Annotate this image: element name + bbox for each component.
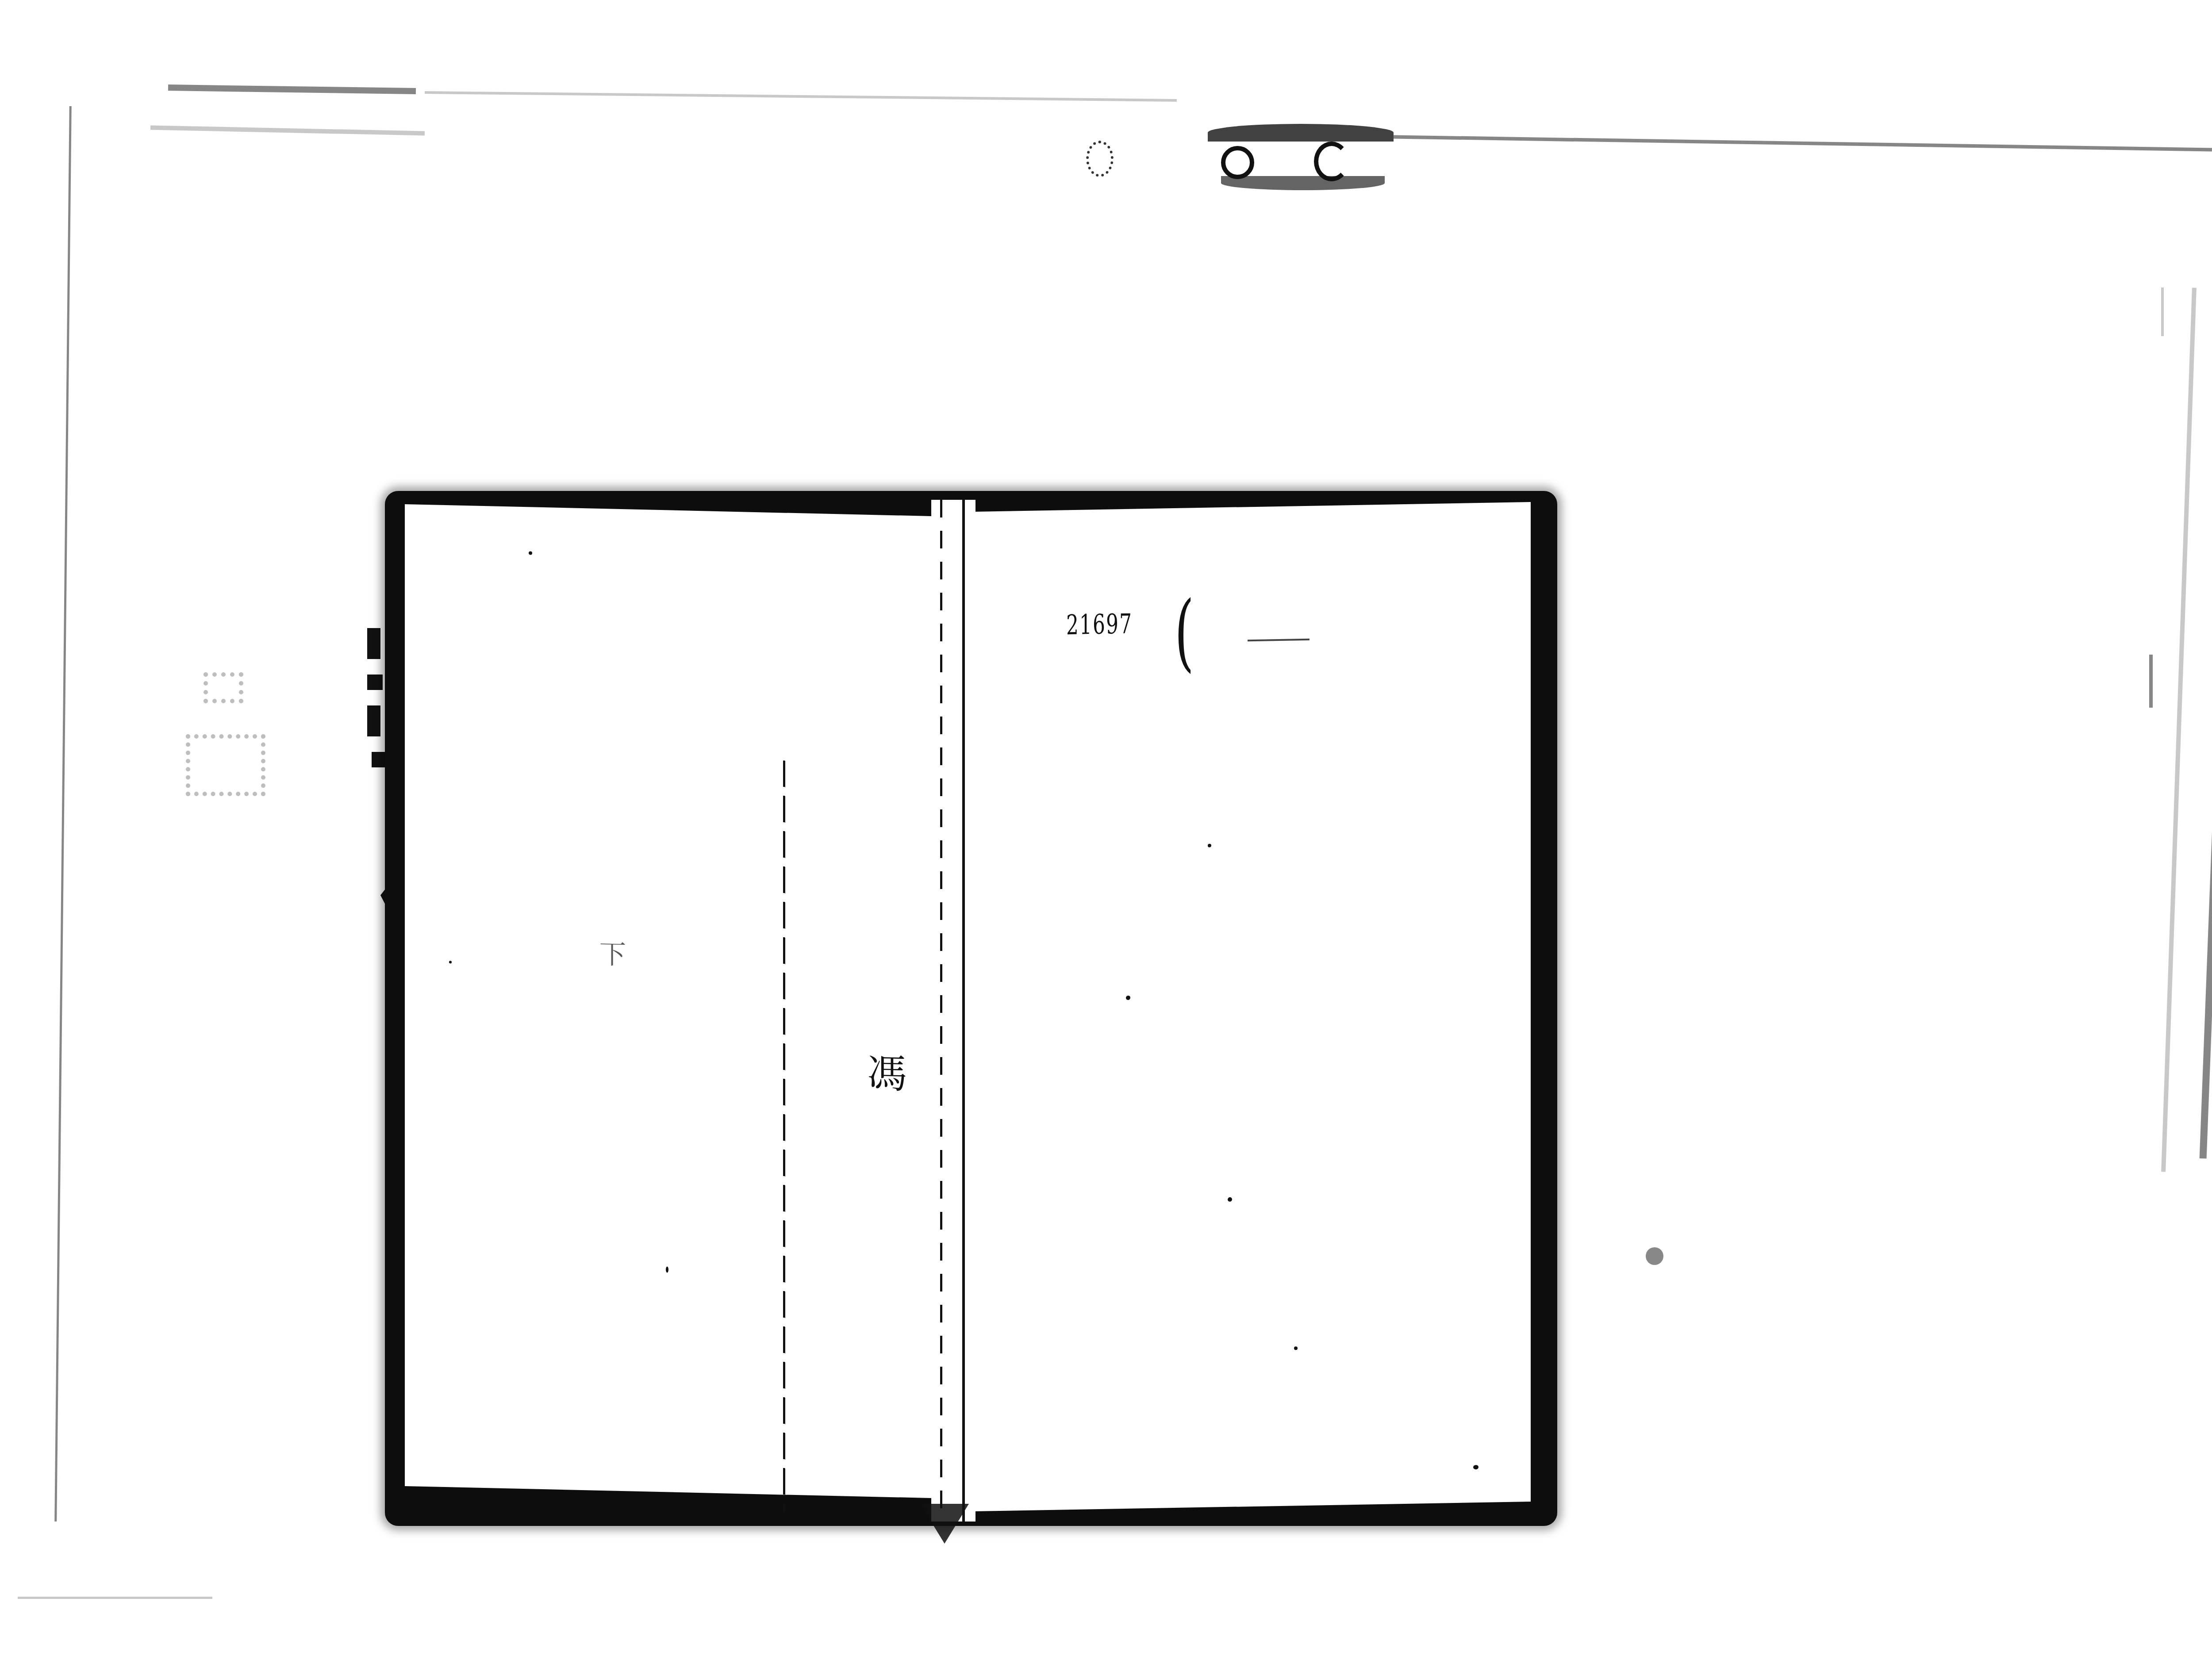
scan-edge-top-4 — [1394, 135, 2212, 151]
scan-edge-right-mark — [2149, 655, 2153, 708]
logo-block — [372, 752, 385, 767]
scan-edge-left — [54, 106, 72, 1522]
right-page: 21697 ( — [973, 502, 1531, 1511]
scan-edge-top-right-small — [2161, 287, 2164, 336]
clip-ring-icon-2 — [1314, 142, 1349, 181]
spine-edge-line — [962, 500, 965, 1522]
book-spine — [931, 500, 975, 1522]
left-page: 下 馮 — [405, 504, 945, 1499]
ink-speck — [449, 961, 452, 963]
logo-block — [367, 675, 383, 690]
ink-speck — [666, 1266, 668, 1272]
logo-ghost-square — [186, 734, 265, 796]
scan-edge-top-2 — [150, 126, 425, 136]
ink-speck — [1473, 1465, 1479, 1469]
paren-mark: ( — [1175, 583, 1194, 681]
open-book: 下 馮 21697 ( — [385, 491, 1557, 1526]
background-smudge — [1646, 1247, 1663, 1265]
faint-dash — [1248, 639, 1310, 641]
left-page-fold — [783, 760, 785, 1512]
scan-edge-right-1 — [2161, 287, 2197, 1172]
clip-band-bottom — [1221, 176, 1385, 190]
clip-ring-icon — [1221, 146, 1254, 179]
ink-speck — [1126, 996, 1130, 1000]
logo-ghost-square — [204, 672, 243, 703]
ink-speck — [1228, 1197, 1232, 1202]
ink-speck — [1208, 844, 1211, 847]
scan-edge-top-3 — [425, 91, 1177, 102]
ink-speck — [1294, 1346, 1298, 1350]
scan-edge-top-1 — [168, 84, 416, 94]
logo-block — [367, 628, 380, 659]
clip-band-top — [1208, 124, 1394, 142]
scan-edge-right-2 — [2200, 274, 2212, 1158]
catalog-number-stamp: 21697 — [1066, 609, 1133, 641]
binder-clip — [1208, 124, 1394, 190]
spine-stitch-line — [940, 500, 942, 1522]
bleed-character: 下 — [599, 933, 626, 972]
familysearch-logo-watermark — [186, 610, 416, 920]
logo-block — [367, 705, 380, 736]
binder-hole-icon — [1086, 141, 1114, 177]
scan-edge-bottom-left — [18, 1597, 212, 1599]
margin-character: 馮 — [867, 1041, 907, 1100]
ink-speck — [529, 551, 532, 555]
